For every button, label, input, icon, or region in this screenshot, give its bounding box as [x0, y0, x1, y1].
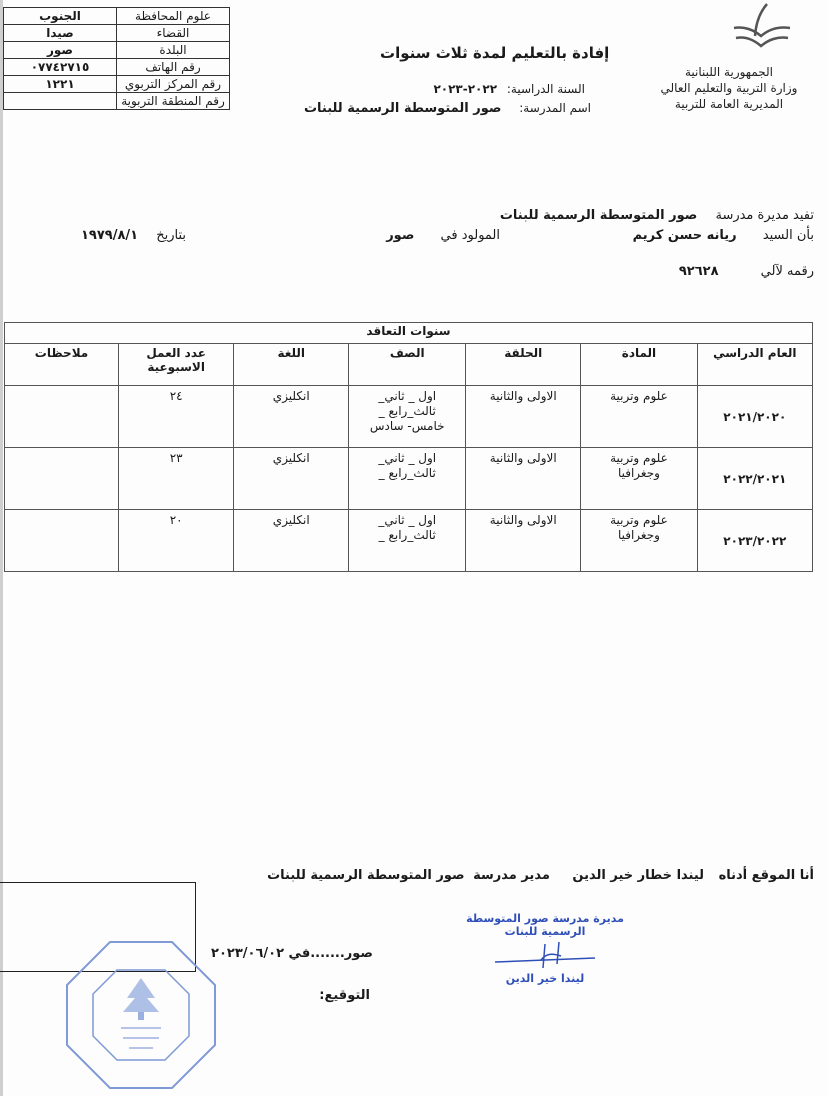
- cell-cycle: الاولى والثانية: [466, 510, 581, 572]
- director-label: تفيد مديرة مدرسة: [715, 208, 814, 223]
- born-place: صور: [386, 228, 414, 243]
- info-value: [4, 93, 117, 110]
- header-cycle: الحلقة: [466, 344, 581, 386]
- table-row: ٢٠٢٢/٢٠٢١ علوم وتربية وجغرافيا الاولى وا…: [5, 448, 813, 510]
- born-label: المولود في: [441, 228, 500, 243]
- info-label: القضاء: [117, 25, 230, 42]
- cell-hours: ٢٠: [119, 510, 234, 572]
- cell-language: انكليزي: [234, 386, 349, 448]
- info-row: رقم المنطقة التربوية: [4, 93, 230, 110]
- person-label: بأن السيد: [763, 228, 814, 243]
- director-stamp: مديرة مدرسة صور المتوسطة الرسمية للبنات …: [450, 912, 640, 1012]
- signer-school: صور المتوسطة الرسمية للبنات: [267, 868, 464, 883]
- director-school: صور المتوسطة الرسمية للبنات: [500, 208, 697, 223]
- info-label: رقم الهاتف: [117, 59, 230, 76]
- cell-year: ٢٠٢١/٢٠٢٠: [697, 386, 812, 448]
- declaration-line: أنا الموقع أدناه ليندا خطار خير الدين مد…: [267, 868, 814, 883]
- school-value: صور المتوسطة الرسمية للبنات: [304, 101, 501, 116]
- table-row: ٢٠٢١/٢٠٢٠ علوم وتربية الاولى والثانية او…: [5, 386, 813, 448]
- computer-number-line: رقمه لآلي ٩٢٦٢٨: [679, 264, 814, 279]
- info-value: الجنوب: [4, 8, 117, 25]
- signer-name: ليندا خطار خير الدين: [572, 868, 704, 883]
- info-value: صور: [4, 42, 117, 59]
- info-value: ١٢٢١: [4, 76, 117, 93]
- info-row: علوم المحافظة الجنوب: [4, 8, 230, 25]
- cell-classes: اول _ ثاني_ ثالث_رابع _ خامس- سادس: [349, 386, 466, 448]
- info-row: رقم المركز التربوي ١٢٢١: [4, 76, 230, 93]
- cell-notes: [5, 386, 119, 448]
- header-subject: المادة: [581, 344, 697, 386]
- info-value: ٠٧٧٤٢٧١٥: [4, 59, 117, 76]
- academic-year-line: السنة الدراسية: ٢٠٢٢-٢٠٢٣: [433, 82, 585, 96]
- person-name: ريانه حسن كريم: [633, 228, 737, 243]
- header-notes: ملاحظات: [5, 344, 119, 386]
- table-row: ٢٠٢٣/٢٠٢٢ علوم وتربية وجغرافيا الاولى وا…: [5, 510, 813, 572]
- cell-classes: اول _ ثاني_ ثالث_رابع _: [349, 510, 466, 572]
- info-row: رقم الهاتف ٠٧٧٤٢٧١٥: [4, 59, 230, 76]
- computer-no: ٩٢٦٢٨: [679, 264, 719, 279]
- school-name-line: اسم المدرسة: صور المتوسطة الرسمية للبنات: [304, 101, 591, 116]
- place-date: صور.......في ٢٠٢٣/٠٦/٠٢: [211, 946, 373, 961]
- person-line: بأن السيد ريانه حسن كريم: [633, 228, 814, 243]
- header-class: الصف: [349, 344, 466, 386]
- official-seal-icon: [65, 940, 217, 1090]
- cell-notes: [5, 510, 119, 572]
- cell-classes: اول _ ثاني_ ثالث_رابع _: [349, 448, 466, 510]
- academic-year-value: ٢٠٢٢-٢٠٢٣: [433, 82, 497, 96]
- header-language: اللغة: [234, 344, 349, 386]
- cell-subject: علوم وتربية: [581, 386, 697, 448]
- info-table: علوم المحافظة الجنوب القضاء صيدا البلدة …: [3, 7, 230, 110]
- cell-cycle: الاولى والثانية: [466, 386, 581, 448]
- ministry-header: الجمهورية اللبنانية وزارة التربية والتعل…: [644, 64, 814, 112]
- cell-notes: [5, 448, 119, 510]
- role-label: مدير مدرسة: [473, 868, 550, 883]
- document-title: إفادة بالتعليم لمدة ثلاث سنوات: [380, 44, 609, 62]
- birth-date-line: بتاريخ ١٩٧٩/٨/١: [81, 228, 186, 243]
- ministry-line: المديرية العامة للتربية: [644, 96, 814, 112]
- cell-year: ٢٠٢٣/٢٠٢٢: [697, 510, 812, 572]
- stamp-line: مديرة مدرسة صور المتوسطة: [450, 912, 640, 925]
- cell-language: انكليزي: [234, 448, 349, 510]
- stamp-line: الرسمية للبنات: [450, 925, 640, 938]
- ministry-line: الجمهورية اللبنانية: [644, 64, 814, 80]
- info-label: رقم المنطقة التربوية: [117, 93, 230, 110]
- stamp-line: ليندا خير الدين: [450, 972, 640, 985]
- declaration-prefix: أنا الموقع أدناه: [719, 868, 814, 883]
- computer-no-label: رقمه لآلي: [761, 264, 814, 279]
- cell-cycle: الاولى والثانية: [466, 448, 581, 510]
- info-label: رقم المركز التربوي: [117, 76, 230, 93]
- school-label: اسم المدرسة:: [519, 101, 591, 115]
- signature-icon: [485, 938, 605, 972]
- table-caption: سنوات التعاقد: [5, 323, 813, 344]
- birth-place-line: المولود في صور: [386, 228, 500, 243]
- open-book-icon: [732, 2, 792, 48]
- date-label: بتاريخ: [156, 228, 186, 243]
- table-header-row: العام الدراسي المادة الحلقة الصف اللغة ع…: [5, 344, 813, 386]
- info-label: البلدة: [117, 42, 230, 59]
- cell-hours: ٢٤: [119, 386, 234, 448]
- header-weekly-hours: عدد العمل الاسبوعية: [119, 344, 234, 386]
- director-line: تفيد مديرة مدرسة صور المتوسطة الرسمية لل…: [500, 208, 814, 223]
- info-value: صيدا: [4, 25, 117, 42]
- info-label: علوم المحافظة: [117, 8, 230, 25]
- info-row: البلدة صور: [4, 42, 230, 59]
- cell-hours: ٢٣: [119, 448, 234, 510]
- cell-language: انكليزي: [234, 510, 349, 572]
- signature-label: التوقيع:: [319, 988, 370, 1003]
- birth-date: ١٩٧٩/٨/١: [81, 228, 138, 243]
- cell-subject: علوم وتربية وجغرافيا: [581, 448, 697, 510]
- header-academic-year: العام الدراسي: [697, 344, 812, 386]
- cell-subject: علوم وتربية وجغرافيا: [581, 510, 697, 572]
- academic-year-label: السنة الدراسية:: [507, 82, 585, 96]
- info-row: القضاء صيدا: [4, 25, 230, 42]
- contract-years-table: سنوات التعاقد العام الدراسي المادة الحلق…: [4, 322, 813, 572]
- ministry-line: وزارة التربية والتعليم العالي: [644, 80, 814, 96]
- cell-year: ٢٠٢٢/٢٠٢١: [697, 448, 812, 510]
